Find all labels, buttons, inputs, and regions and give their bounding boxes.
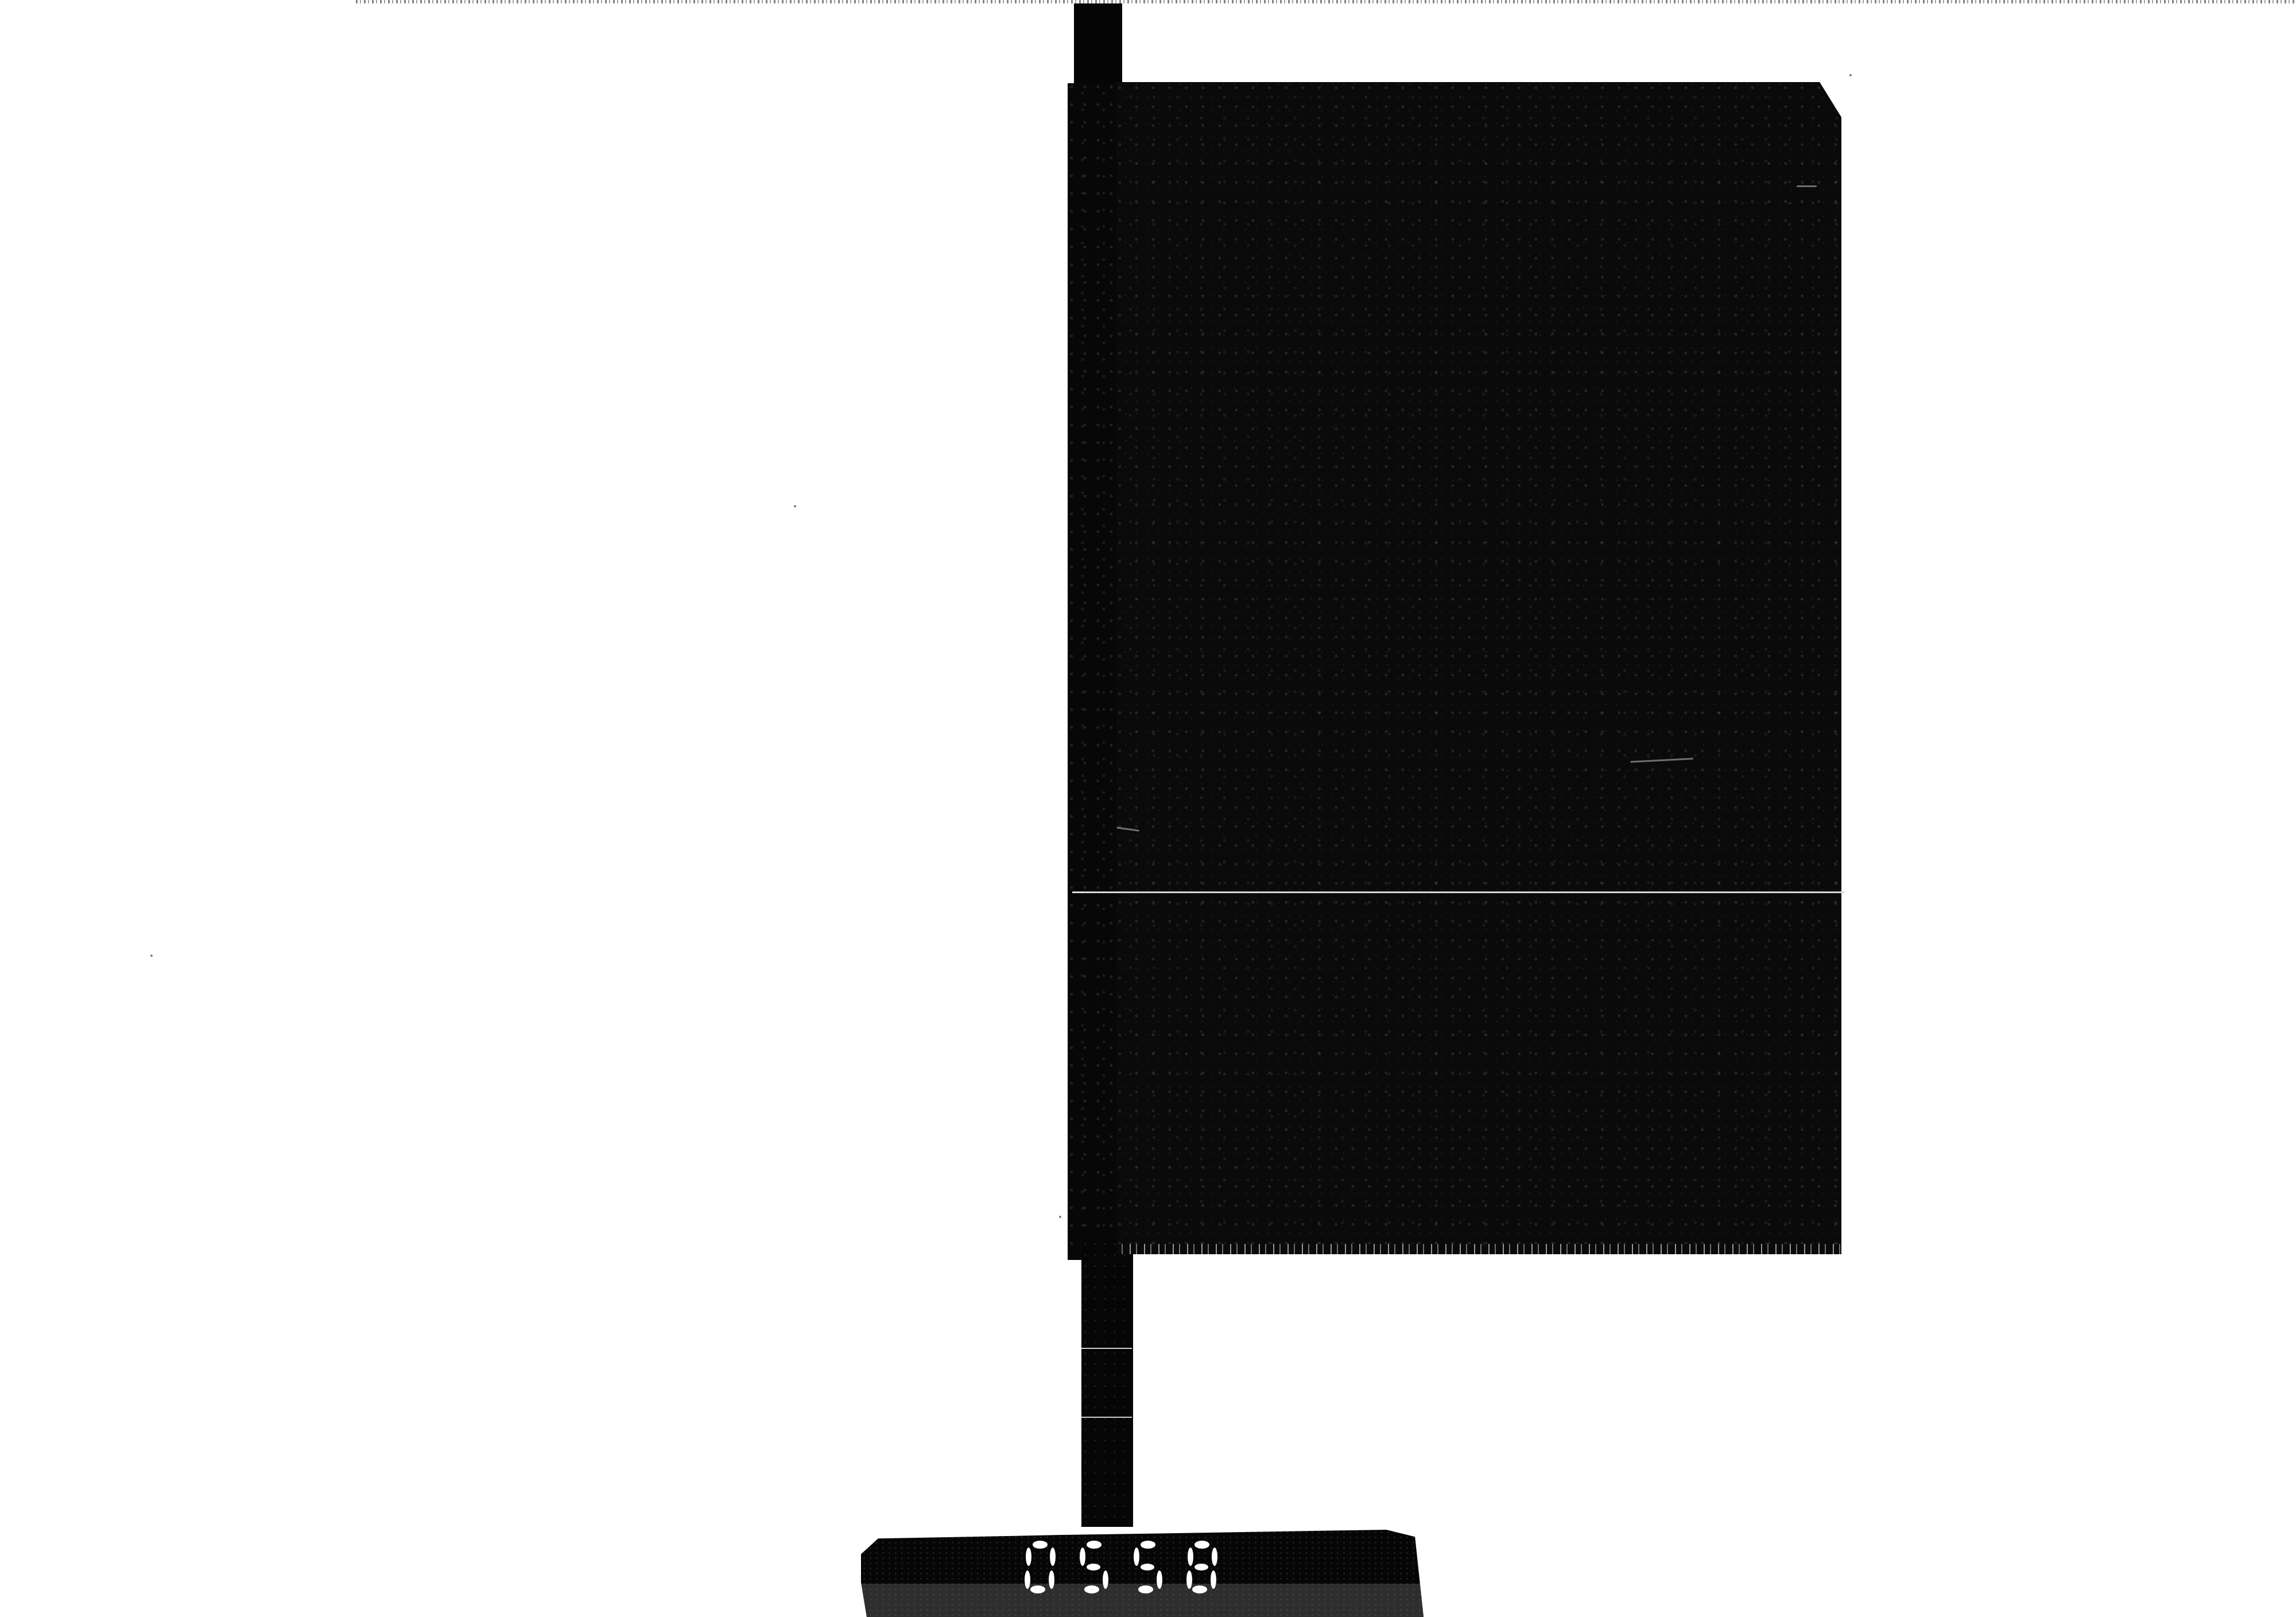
digit-segment-g xyxy=(1087,1564,1100,1571)
digit-segment-a xyxy=(1087,1541,1102,1549)
scan-speck xyxy=(1059,1216,1061,1218)
digit-segment-b xyxy=(1212,1548,1217,1566)
digit-segment-f xyxy=(1026,1548,1031,1566)
spine-seam xyxy=(1081,1417,1132,1418)
digit-segment-c xyxy=(1157,1571,1162,1589)
digit-segment-f xyxy=(1188,1548,1193,1566)
cover-scratch xyxy=(1797,185,1817,187)
digit-segment-d xyxy=(1030,1585,1045,1593)
label-digit xyxy=(1079,1541,1111,1593)
digit-segment-c xyxy=(1211,1571,1216,1589)
spine-seam xyxy=(1081,1348,1132,1349)
label-digit xyxy=(1025,1541,1057,1593)
digit-segment-g xyxy=(1194,1564,1208,1571)
scan-artifact-line xyxy=(1072,891,1844,893)
digit-segment-b xyxy=(1050,1548,1056,1566)
digit-segment-e xyxy=(1025,1571,1030,1589)
label-digit xyxy=(1133,1541,1165,1593)
digit-segment-f xyxy=(1080,1548,1085,1566)
scan-speck xyxy=(1849,74,1852,76)
book-cover xyxy=(1116,82,1841,1254)
cover-worn-edge xyxy=(1116,1244,1841,1254)
digit-segment-d xyxy=(1084,1585,1099,1593)
book-spine-top xyxy=(1074,3,1122,90)
cover-scratch xyxy=(1630,758,1693,763)
digit-segment-d xyxy=(1138,1585,1153,1593)
scan-speck xyxy=(150,955,153,957)
digit-segment-c xyxy=(1049,1571,1054,1589)
digit-segment-a xyxy=(1033,1541,1048,1549)
digit-segment-a xyxy=(1194,1541,1209,1549)
digit-segment-d xyxy=(1192,1585,1207,1593)
digit-segment-e xyxy=(1186,1571,1192,1589)
label-number: 0558 xyxy=(1025,1533,1323,1602)
scan-top-edge xyxy=(356,0,2296,3)
digit-segment-c xyxy=(1103,1571,1108,1589)
digit-segment-g xyxy=(1141,1564,1154,1571)
cover-scratch xyxy=(1116,827,1139,832)
label-digit xyxy=(1186,1541,1219,1593)
scan-speck xyxy=(794,505,796,507)
book-spine-bottom xyxy=(1081,1240,1133,1527)
digit-segment-f xyxy=(1134,1548,1139,1566)
digit-segment-a xyxy=(1141,1541,1155,1549)
